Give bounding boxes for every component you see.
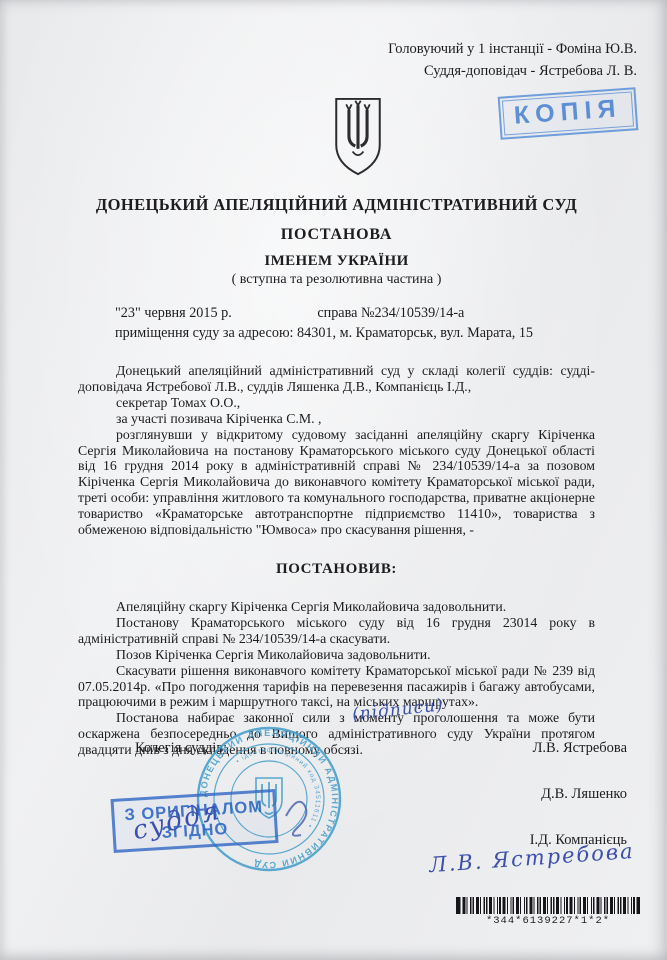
judge-name: Л.В. Ястребова <box>530 740 627 757</box>
resolved-heading: ПОСТАНОВИВ: <box>78 561 595 578</box>
resolution-paragraph: Постанову Краматорського міського суду в… <box>78 615 595 647</box>
intro-paragraph: розглянувши у відкритому судовому засіда… <box>78 427 595 538</box>
resolution-paragraph: Позов Кіріченка Сергія Миколайовича задо… <box>78 647 595 663</box>
barcode-bars <box>456 897 640 914</box>
case-number: справа №234/10539/14-а <box>317 305 464 321</box>
ukraine-trident-emblem-icon <box>329 96 387 183</box>
decision-date: "23" червня 2015 р. <box>115 305 232 321</box>
document-column: ДОНЕЦЬКИЙ АПЕЛЯЦІЙНИЙ АДМІНІСТРАТИВНИЙ С… <box>78 195 595 758</box>
copy-stamp: КОПІЯ <box>498 87 638 139</box>
document-barcode: *344*6139227*1*2* <box>456 897 640 927</box>
intro-section: Донецький апеляційний адміністративний с… <box>78 363 595 538</box>
intro-paragraph: Донецький апеляційний адміністративний с… <box>78 363 595 395</box>
resolution-paragraph: Скасувати рішення виконавчого комітету К… <box>78 663 595 711</box>
resolution-paragraph: Апеляційну скаргу Кіріченка Сергія Микол… <box>78 599 595 615</box>
court-address-line: приміщення суду за адресою: 84301, м. Кр… <box>78 325 595 342</box>
court-decision-document: Головуючий у 1 інстанції - Фоміна Ю.В. С… <box>0 0 667 960</box>
intro-paragraph: за участі позивача Кіріченка С.М. , <box>78 411 595 427</box>
date-case-row: "23" червня 2015 р. справа №234/10539/14… <box>78 305 595 322</box>
intro-paragraph: секретар Томах О.О., <box>78 395 595 411</box>
barcode-label: *344*6139227*1*2* <box>456 915 640 927</box>
copy-stamp-label: КОПІЯ <box>502 92 634 136</box>
document-type-title: ПОСТАНОВА <box>78 226 595 244</box>
judge-name: Д.В. Ляшенко <box>530 786 627 803</box>
in-name-of-ukraine-title: ІМЕНЕМ УКРАЇНИ <box>78 253 595 270</box>
document-subtitle: ( вступна та резолютивна частина ) <box>78 272 595 288</box>
rapporteur-judge-line: Суддя-доповідач - Ястребова Л. В. <box>0 60 637 82</box>
header-judges-block: Головуючий у 1 інстанції - Фоміна Ю.В. С… <box>0 38 637 82</box>
presiding-judge-line: Головуючий у 1 інстанції - Фоміна Ю.В. <box>0 38 637 60</box>
court-name-title: ДОНЕЦЬКИЙ АПЕЛЯЦІЙНИЙ АДМІНІСТРАТИВНИЙ С… <box>78 195 595 215</box>
